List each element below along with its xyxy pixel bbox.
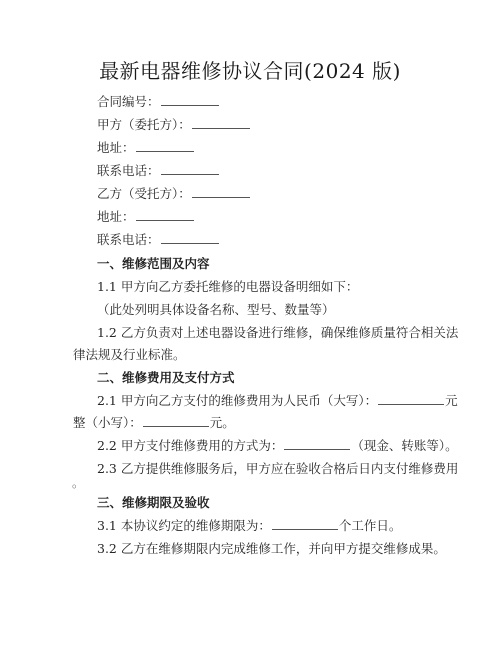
clause-1-2-line2: 律法规及行业标准。 — [73, 347, 186, 363]
fee-lowercase-blank[interactable] — [143, 415, 209, 427]
section-1-heading: 一、维修范围及内容 — [97, 256, 210, 272]
clause-3-1: 3.1 本协议约定的维修期限为：个工作日。 — [97, 518, 401, 534]
document-title: 最新电器维修协议合同(2024 版) — [0, 58, 500, 84]
contract-number-blank[interactable] — [161, 94, 219, 106]
clause-text: 元。 — [210, 415, 235, 430]
clause-1-1-note: （此处列明具体设备名称、型号、数量等） — [97, 302, 335, 318]
clause-text: 整（小写）： — [73, 415, 142, 430]
clause-1-1: 1.1 甲方向乙方委托维修的电器设备明细如下： — [97, 279, 358, 295]
clause-1-2-line1: 1.2 乙方负责对上述电器设备进行维修，确保维修质量符合相关法 — [97, 325, 458, 341]
clause-3-2: 3.2 乙方在维修期限内完成维修工作，并向甲方提交维修成果。 — [97, 541, 446, 557]
clause-2-1-line2: 整（小写）：元。 — [73, 415, 235, 431]
party-a-phone-blank[interactable] — [161, 163, 219, 175]
clause-text: 3.1 本协议约定的维修期限为： — [97, 518, 271, 533]
contract-page: 最新电器维修协议合同(2024 版) 合同编号： 甲方（委托方）： 地址： 联系… — [0, 0, 500, 647]
party-b-blank[interactable] — [192, 186, 250, 198]
field-party-b-address: 地址： — [97, 209, 195, 225]
party-b-address-blank[interactable] — [136, 209, 194, 221]
field-label: 乙方（受托方）： — [97, 186, 191, 201]
field-label: 地址： — [97, 140, 135, 155]
repair-period-blank[interactable] — [272, 518, 338, 530]
fee-uppercase-blank[interactable] — [378, 393, 444, 405]
party-a-blank[interactable] — [192, 117, 250, 129]
clause-2-1-line1: 2.1 甲方向乙方支付的维修费用为人民币（大写）：元 — [97, 393, 458, 409]
section-2-heading: 二、维修费用及支付方式 — [97, 370, 235, 386]
clause-2-3-line2: 。 — [72, 474, 84, 491]
field-party-a: 甲方（委托方）： — [97, 117, 251, 133]
clause-text: 元 — [445, 393, 458, 408]
clause-text: 2.2 甲方支付维修费用的方式为： — [97, 438, 283, 453]
party-b-phone-blank[interactable] — [161, 232, 219, 244]
clause-text: 个工作日。 — [339, 518, 402, 533]
field-label: 甲方（委托方）： — [97, 117, 191, 132]
field-label: 合同编号： — [97, 94, 160, 109]
section-3-heading: 三、维修期限及验收 — [97, 495, 210, 511]
clause-2-2: 2.2 甲方支付维修费用的方式为：（现金、转账等）。 — [97, 438, 458, 454]
field-party-a-phone: 联系电话： — [97, 163, 220, 179]
field-contract-number: 合同编号： — [97, 94, 220, 110]
clause-text: （现金、转账等）。 — [351, 438, 457, 453]
field-label: 联系电话： — [97, 163, 160, 178]
clause-2-3-line1: 2.3 乙方提供维修服务后，甲方应在验收合格后日内支付维修费用 — [97, 461, 458, 477]
field-party-b-phone: 联系电话： — [97, 232, 220, 248]
field-label: 地址： — [97, 209, 135, 224]
field-label: 联系电话： — [97, 232, 160, 247]
party-a-address-blank[interactable] — [136, 140, 194, 152]
payment-method-blank[interactable] — [284, 438, 350, 450]
field-party-b: 乙方（受托方）： — [97, 186, 251, 202]
clause-text: 2.1 甲方向乙方支付的维修费用为人民币（大写）： — [97, 393, 377, 408]
field-party-a-address: 地址： — [97, 140, 195, 156]
